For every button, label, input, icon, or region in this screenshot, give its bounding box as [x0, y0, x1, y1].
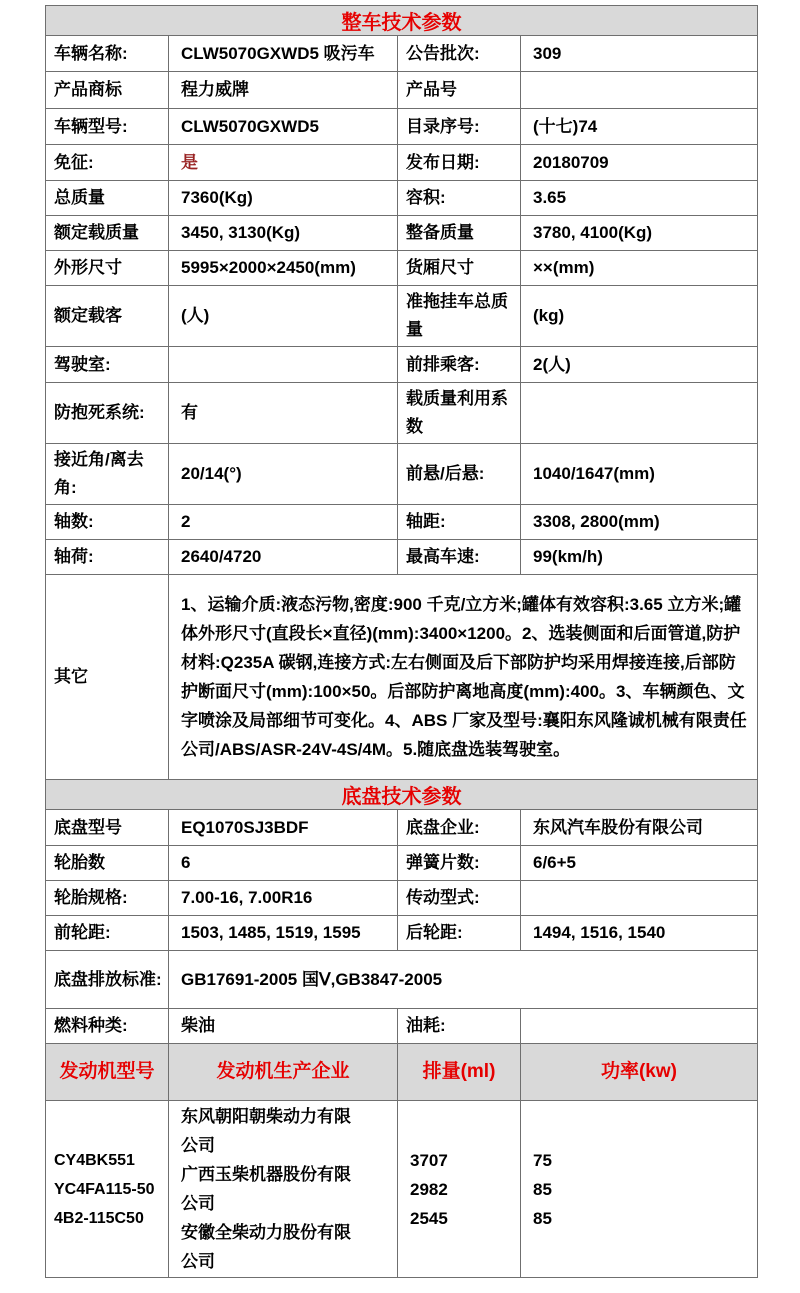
table-row: 额定载客 (人) 准拖挂车总质量 (kg) [46, 286, 758, 347]
table-row: 驾驶室: 前排乘客: 2(人) [46, 347, 758, 383]
spec-value [169, 347, 398, 383]
spec-value: 1040/1647(mm) [521, 444, 758, 505]
spec-label: 弹簧片数: [398, 846, 521, 881]
table-row: 底盘技术参数 [46, 780, 758, 810]
spec-label: 准拖挂车总质量 [398, 286, 521, 347]
spec-value: 309 [521, 36, 758, 72]
table-row: 总质量 7360(Kg) 容积: 3.65 [46, 181, 758, 216]
spec-label: 载质量利用系数 [398, 383, 521, 444]
table-row: 整车技术参数 [46, 6, 758, 36]
engine-models-cell: CY4BK551 YC4FA115-50 4B2-115C50 [46, 1101, 169, 1278]
table-row: 底盘型号 EQ1070SJ3BDF 底盘企业: 东风汽车股份有限公司 [46, 810, 758, 846]
spec-label: 接近角/离去角: [46, 444, 169, 505]
spec-value: 7.00-16, 7.00R16 [169, 881, 398, 916]
table-row: 轴数: 2 轴距: 3308, 2800(mm) [46, 505, 758, 540]
table-row: 前轮距: 1503, 1485, 1519, 1595 后轮距: 1494, 1… [46, 916, 758, 951]
spec-value: 3780, 4100(Kg) [521, 216, 758, 251]
engine-manufacturers-cell: 东风朝阳朝柴动力有限公司 广西玉柴机器股份有限公司 安徽全柴动力股份有限公司 [169, 1101, 398, 1278]
spec-label: 前排乘客: [398, 347, 521, 383]
spec-value: 20/14(°) [169, 444, 398, 505]
spec-label: 最高车速: [398, 540, 521, 575]
spec-value [521, 383, 758, 444]
spec-value [521, 881, 758, 916]
spec-value: 6 [169, 846, 398, 881]
spec-label: 免征: [46, 145, 169, 181]
spec-label: 驾驶室: [46, 347, 169, 383]
spec-label: 发布日期: [398, 145, 521, 181]
spec-value: 柴油 [169, 1009, 398, 1044]
spec-value: 1503, 1485, 1519, 1595 [169, 916, 398, 951]
table-row: 接近角/离去角: 20/14(°) 前悬/后悬: 1040/1647(mm) [46, 444, 758, 505]
spec-value: 99(km/h) [521, 540, 758, 575]
table-row: 轮胎数 6 弹簧片数: 6/6+5 [46, 846, 758, 881]
spec-value: 6/6+5 [521, 846, 758, 881]
spec-value: EQ1070SJ3BDF [169, 810, 398, 846]
spec-label: 车辆型号: [46, 109, 169, 145]
engine-manufacturer-header: 发动机生产企业 [169, 1044, 398, 1101]
engine-manufacturer: 安徽全柴动力股份有限公司 [181, 1218, 367, 1276]
engine-manufacturer: 东风朝阳朝柴动力有限公司 [181, 1102, 367, 1160]
table-row: 轮胎规格: 7.00-16, 7.00R16 传动型式: [46, 881, 758, 916]
engine-displacement: 3707 [410, 1146, 519, 1175]
engine-power: 75 [533, 1146, 756, 1175]
spec-value: (十七)74 [521, 109, 758, 145]
engine-header-row: 发动机型号 发动机生产企业 排量(ml) 功率(kw) [46, 1044, 758, 1101]
spec-value [521, 72, 758, 109]
section-title-vehicle: 整车技术参数 [46, 6, 758, 36]
spec-label: 油耗: [398, 1009, 521, 1044]
spec-value: 7360(Kg) [169, 181, 398, 216]
table-row: 额定载质量 3450, 3130(Kg) 整备质量 3780, 4100(Kg) [46, 216, 758, 251]
engine-model-header: 发动机型号 [46, 1044, 169, 1101]
section-title-chassis: 底盘技术参数 [46, 780, 758, 810]
spec-label: 前悬/后悬: [398, 444, 521, 505]
vehicle-spec-table: 整车技术参数 车辆名称: CLW5070GXWD5 吸污车 公告批次: 309 … [45, 5, 758, 1278]
spec-value: 5995×2000×2450(mm) [169, 251, 398, 286]
spec-label: 燃料种类: [46, 1009, 169, 1044]
spec-value: 3450, 3130(Kg) [169, 216, 398, 251]
table-row: 其它 1、运输介质:液态污物,密度:900 千克/立方米;罐体有效容积:3.65… [46, 575, 758, 780]
spec-value: (人) [169, 286, 398, 347]
spec-label: 后轮距: [398, 916, 521, 951]
spec-value: 1494, 1516, 1540 [521, 916, 758, 951]
table-row: 车辆名称: CLW5070GXWD5 吸污车 公告批次: 309 [46, 36, 758, 72]
engine-power: 85 [533, 1204, 756, 1233]
spec-label: 目录序号: [398, 109, 521, 145]
spec-label: 额定载质量 [46, 216, 169, 251]
spec-value: 3308, 2800(mm) [521, 505, 758, 540]
engine-manufacturer: 广西玉柴机器股份有限公司 [181, 1160, 367, 1218]
spec-label: 轴距: [398, 505, 521, 540]
engine-displacement: 2545 [410, 1204, 519, 1233]
spec-value [521, 1009, 758, 1044]
spec-value: 程力威牌 [169, 72, 398, 109]
spec-label: 产品商标 [46, 72, 169, 109]
spec-label: 底盘型号 [46, 810, 169, 846]
table-row: 车辆型号: CLW5070GXWD5 目录序号: (十七)74 [46, 109, 758, 145]
spec-label: 轴数: [46, 505, 169, 540]
spec-label: 前轮距: [46, 916, 169, 951]
other-label: 其它 [46, 575, 169, 780]
table-row: 轴荷: 2640/4720 最高车速: 99(km/h) [46, 540, 758, 575]
engine-data-row: CY4BK551 YC4FA115-50 4B2-115C50 东风朝阳朝柴动力… [46, 1101, 758, 1278]
spec-label: 货厢尺寸 [398, 251, 521, 286]
spec-value: 东风汽车股份有限公司 [521, 810, 758, 846]
table-row: 外形尺寸 5995×2000×2450(mm) 货厢尺寸 ××(mm) [46, 251, 758, 286]
spec-value: 3.65 [521, 181, 758, 216]
spec-value: 20180709 [521, 145, 758, 181]
table-row: 产品商标 程力威牌 产品号 [46, 72, 758, 109]
spec-value: 有 [169, 383, 398, 444]
spec-value: CLW5070GXWD5 吸污车 [169, 36, 398, 72]
spec-value: (kg) [521, 286, 758, 347]
engine-model: CY4BK551 [54, 1146, 167, 1175]
engine-model: 4B2-115C50 [54, 1204, 167, 1233]
engine-power-header: 功率(kw) [521, 1044, 758, 1101]
engine-displacements-cell: 3707 2982 2545 [398, 1101, 521, 1278]
engine-displacement-header: 排量(ml) [398, 1044, 521, 1101]
table-row: 底盘排放标准: GB17691-2005 国Ⅴ,GB3847-2005 [46, 951, 758, 1009]
spec-value: CLW5070GXWD5 [169, 109, 398, 145]
spec-label: 容积: [398, 181, 521, 216]
spec-sheet-page: 整车技术参数 车辆名称: CLW5070GXWD5 吸污车 公告批次: 309 … [0, 0, 800, 1293]
spec-label: 底盘企业: [398, 810, 521, 846]
spec-label: 公告批次: [398, 36, 521, 72]
engine-power: 85 [533, 1175, 756, 1204]
spec-label: 车辆名称: [46, 36, 169, 72]
spec-label: 轮胎数 [46, 846, 169, 881]
spec-label: 轮胎规格: [46, 881, 169, 916]
spec-value: 2640/4720 [169, 540, 398, 575]
table-row: 免征: 是 发布日期: 20180709 [46, 145, 758, 181]
table-row: 燃料种类: 柴油 油耗: [46, 1009, 758, 1044]
spec-value: 2(人) [521, 347, 758, 383]
spec-value: 2 [169, 505, 398, 540]
engine-powers-cell: 75 85 85 [521, 1101, 758, 1278]
spec-label: 整备质量 [398, 216, 521, 251]
table-row: 防抱死系统: 有 载质量利用系数 [46, 383, 758, 444]
emission-standard-value: GB17691-2005 国Ⅴ,GB3847-2005 [169, 951, 758, 1009]
spec-label: 传动型式: [398, 881, 521, 916]
spec-label: 总质量 [46, 181, 169, 216]
spec-value: ××(mm) [521, 251, 758, 286]
emission-standard-label: 底盘排放标准: [46, 951, 169, 1009]
spec-label: 防抱死系统: [46, 383, 169, 444]
exempt-value: 是 [169, 145, 398, 181]
engine-displacement: 2982 [410, 1175, 519, 1204]
spec-label: 产品号 [398, 72, 521, 109]
spec-label: 外形尺寸 [46, 251, 169, 286]
other-notes-text: 1、运输介质:液态污物,密度:900 千克/立方米;罐体有效容积:3.65 立方… [169, 575, 758, 780]
spec-label: 额定载客 [46, 286, 169, 347]
engine-model: YC4FA115-50 [54, 1175, 167, 1204]
spec-label: 轴荷: [46, 540, 169, 575]
